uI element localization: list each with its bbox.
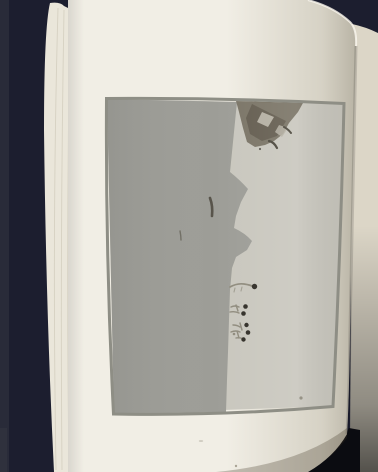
- plate-sheen: [107, 99, 344, 414]
- backdrop-left-edge: [0, 0, 9, 472]
- book-photograph: [0, 0, 378, 472]
- page-speck: [235, 465, 237, 467]
- backdrop-bottom-left-glint: [0, 428, 7, 472]
- page-smudge: [199, 440, 203, 442]
- printed-plate: [106, 98, 344, 414]
- scene: [0, 0, 378, 472]
- page-left-seam-shading: [68, 0, 84, 472]
